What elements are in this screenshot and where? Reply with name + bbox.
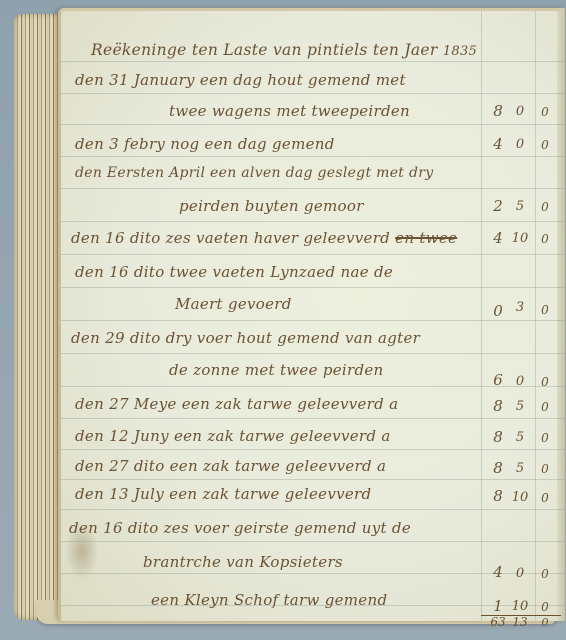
amount-penningen: 0 — [535, 200, 555, 214]
total-stuivers: 13 — [507, 615, 533, 629]
total-penningen: 0 — [535, 616, 555, 629]
entry-line: brantrche van Kopsieters — [143, 553, 343, 571]
ruled-line — [61, 156, 565, 157]
ruled-line — [61, 320, 565, 321]
ledger-title: Reëkeninge ten Laste van pintiels ten Ja… — [91, 41, 477, 59]
entry-line: den 29 dito dry voer hout gemend van agt… — [71, 329, 420, 347]
amount-penningen: 0 — [535, 431, 555, 445]
amount-penningen: 0 — [535, 567, 555, 581]
amount-stuivers: 5 — [507, 199, 533, 214]
column-line — [481, 11, 482, 621]
entry-line: den 27 Meye een zak tarwe geleevverd a — [75, 395, 398, 413]
amount-stuivers: 0 — [507, 104, 533, 119]
amount-penningen: 0 — [535, 138, 555, 152]
ruled-line — [61, 287, 565, 288]
entry-line: den 27 dito een zak tarwe geleevverd a — [75, 457, 386, 475]
entry-line: den 12 Juny een zak tarwe geleevverd a — [75, 427, 391, 445]
entry-line: peirden buyten gemoor — [179, 197, 364, 215]
amount-stuivers: 5 — [507, 399, 533, 414]
amount-penningen: 0 — [535, 303, 555, 317]
entry-line: den Eersten April een alven dag geslegt … — [75, 165, 433, 181]
entry-line: den 31 January een dag hout gemend met — [75, 71, 406, 89]
amount-penningen: 0 — [535, 400, 555, 414]
entry-line: den 16 dito zes voer geirste gemend uyt … — [69, 519, 411, 537]
ruled-line — [61, 188, 565, 189]
entry-line: den 16 dito twee vaeten Lynzaed nae de — [75, 263, 393, 281]
ruled-line — [61, 541, 565, 542]
ruled-line — [61, 61, 565, 62]
amount-penningen: 0 — [535, 600, 555, 614]
ruled-line — [61, 93, 565, 94]
amount-stuivers: 0 — [507, 374, 533, 389]
amount-penningen: 0 — [535, 375, 555, 389]
entry-line: de zonne met twee peirden — [169, 361, 384, 379]
ledger-year: 1835 — [443, 44, 477, 59]
entry-line: Maert gevoerd — [175, 295, 292, 313]
ruled-line — [61, 124, 565, 125]
amount-penningen: 0 — [535, 232, 555, 246]
amount-stuivers: 10 — [507, 599, 533, 614]
page-right-edge — [557, 11, 565, 621]
ruled-line — [61, 479, 565, 480]
entry-line: een Kleyn Schof tarw gemend — [151, 591, 387, 609]
amount-penningen: 0 — [535, 462, 555, 476]
amount-penningen: 0 — [535, 491, 555, 505]
ruled-line — [61, 418, 565, 419]
ledger-page: Reëkeninge ten Laste van pintiels ten Ja… — [58, 8, 565, 621]
ruled-line — [61, 449, 565, 450]
ruled-line — [61, 353, 565, 354]
amount-stuivers: 5 — [507, 461, 533, 476]
amount-stuivers: 0 — [507, 137, 533, 152]
ruled-line — [61, 509, 565, 510]
entry-line: twee wagens met tweepeirden — [169, 102, 410, 120]
amount-stuivers: 10 — [507, 231, 533, 246]
amount-stuivers: 5 — [507, 430, 533, 445]
ruled-line — [61, 254, 565, 255]
entry-line: den 16 dito zes vaeten haver geleevverd … — [71, 229, 457, 247]
struck-text: en twee — [395, 229, 457, 247]
amount-stuivers: 0 — [507, 566, 533, 581]
ruled-line — [61, 221, 565, 222]
entry-line: den 3 febry nog een dag gemend — [75, 135, 335, 153]
amount-penningen: 0 — [535, 105, 555, 119]
entry-line: den 13 July een zak tarwe geleevverd — [75, 485, 371, 503]
amount-stuivers: 10 — [507, 490, 533, 505]
amount-stuivers: 3 — [507, 300, 533, 315]
